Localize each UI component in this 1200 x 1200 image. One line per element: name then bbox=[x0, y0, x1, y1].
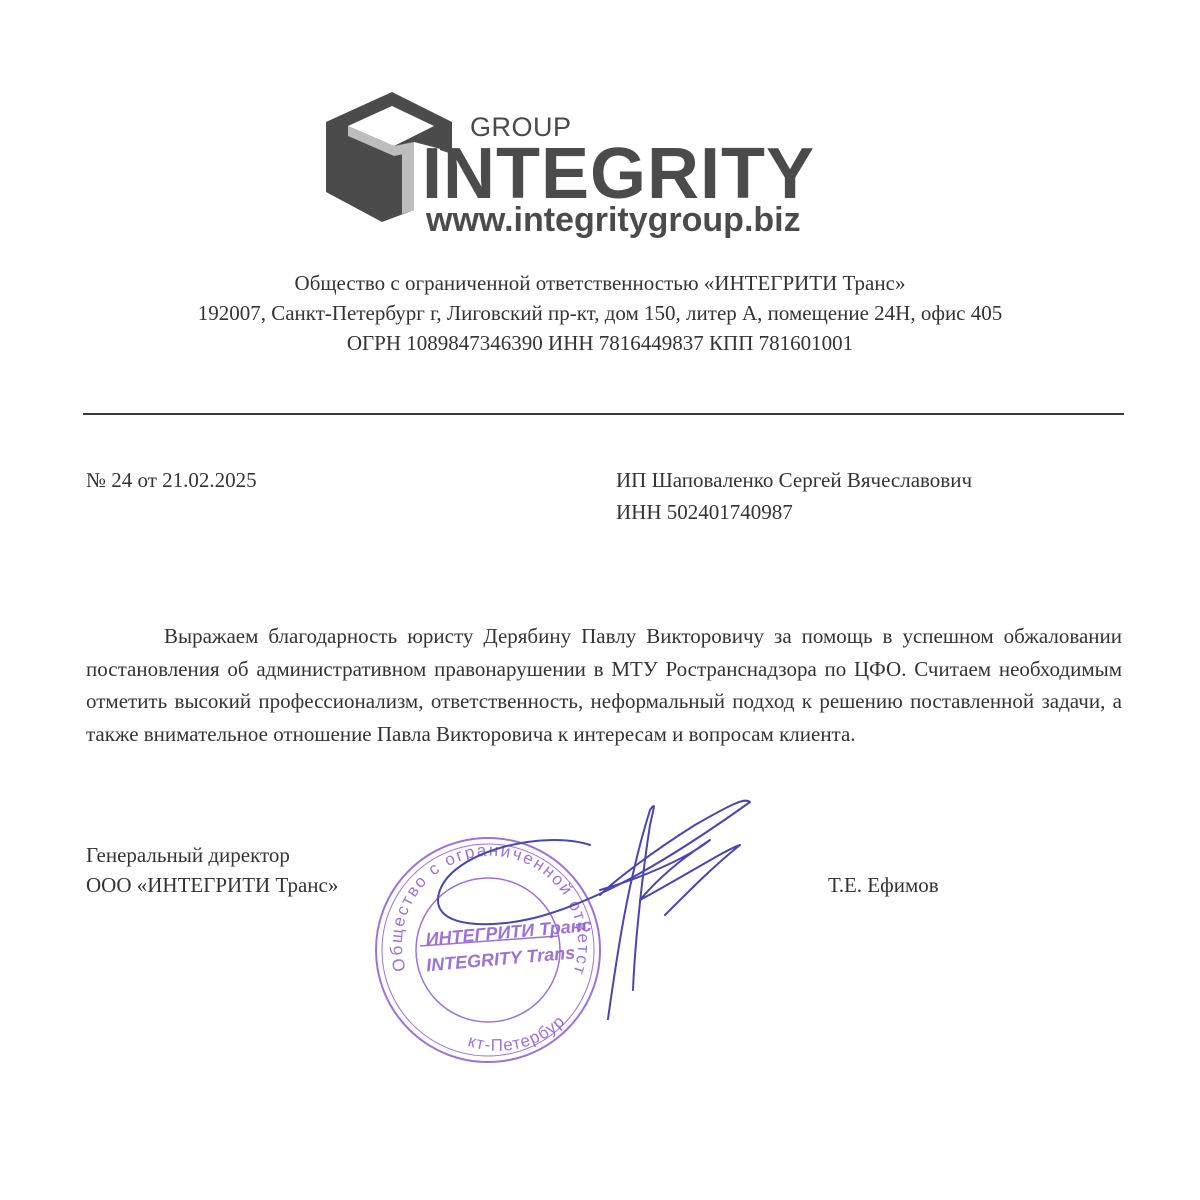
signer-company: ООО «ИНТЕГРИТИ Транс» bbox=[86, 870, 338, 900]
signer-title: Генеральный директор bbox=[86, 840, 290, 870]
handwritten-signature bbox=[395, 790, 775, 1020]
company-registration: ОГРН 1089847346390 ИНН 7816449837 КПП 78… bbox=[0, 328, 1200, 358]
company-name: Общество с ограниченной ответственностью… bbox=[0, 268, 1200, 298]
recipient-name: ИП Шаповаленко Сергей Вячеславович bbox=[616, 465, 972, 495]
company-address: 192007, Санкт-Петербург г, Лиговский пр-… bbox=[0, 298, 1200, 328]
letter-reference: № 24 от 21.02.2025 bbox=[86, 465, 257, 495]
recipient-inn: ИНН 502401740987 bbox=[616, 497, 793, 527]
logo-brand-name: INTEGRITY bbox=[422, 138, 815, 210]
letter-body: Выражаем благодарность юристу Дерябину П… bbox=[86, 620, 1122, 750]
header-divider bbox=[83, 413, 1124, 415]
logo-website: www.integritygroup.biz bbox=[426, 202, 801, 238]
signer-name: Т.Е. Ефимов bbox=[828, 870, 939, 900]
company-logo: GROUP INTEGRITY www.integritygroup.biz bbox=[322, 92, 892, 242]
